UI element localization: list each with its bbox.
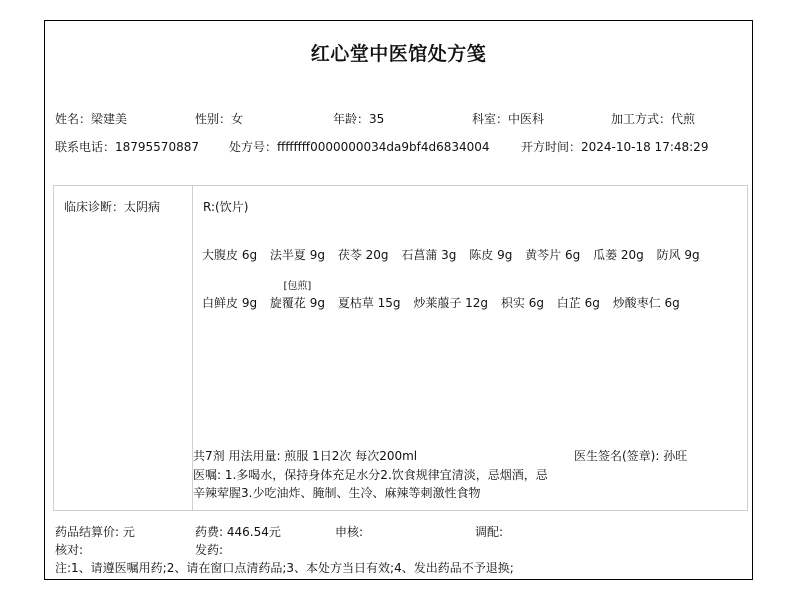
medical-advice-line-2: 辛辣荤腥3.少吃油炸、腌制、生冷、麻辣等刺激性食物 <box>193 484 480 501</box>
prescription-number: 处方号：ffffffff0000000034da9bf4d6834004 <box>229 138 490 155</box>
herb-item: 炒酸枣仁 6g <box>613 294 680 311</box>
herb-item: 枳实 6g <box>501 294 544 311</box>
issue-field: 发药: <box>195 541 223 558</box>
herb-item: 白芷 6g <box>557 294 600 311</box>
processing-method: 加工方式：代煎 <box>611 110 695 127</box>
prescription-box: 临床诊断：太阴病 R:(饮片) 大腹皮 6g 法半夏 9g 茯苓 20g 石菖蒲… <box>53 185 748 511</box>
review-field: 申核: <box>335 523 363 540</box>
drug-fee: 药费: 446.54元 <box>195 523 281 540</box>
herb-item: [包煎]旋覆花 9g <box>270 294 325 311</box>
herb-item: 黄芩片 6g <box>525 246 580 263</box>
herb-item: 法半夏 9g <box>270 246 325 263</box>
herb-item: 白鲜皮 9g <box>202 294 257 311</box>
page-title: 红心堂中医馆处方笺 <box>45 39 752 66</box>
rx-label: R:(饮片) <box>203 198 248 215</box>
herb-item: 陈皮 9g <box>469 246 512 263</box>
herb-item: 瓜蒌 20g <box>593 246 644 263</box>
herb-item: 炒莱菔子 12g <box>413 294 488 311</box>
doctor-signature: 医生签名(签章): 孙旺 <box>574 447 687 464</box>
clinical-diagnosis: 临床诊断：太阴病 <box>64 198 160 215</box>
settlement-price: 药品结算价: 元 <box>55 523 135 540</box>
patient-gender: 性别：女 <box>195 110 243 127</box>
patient-name: 姓名：梁建美 <box>55 110 127 127</box>
herb-item: 石菖蒲 3g <box>401 246 456 263</box>
herb-note: [包煎] <box>270 277 325 292</box>
patient-phone: 联系电话：18795570887 <box>55 138 199 155</box>
herb-row-1: 大腹皮 6g 法半夏 9g 茯苓 20g 石菖蒲 3g 陈皮 9g 黄芩片 6g… <box>202 246 709 263</box>
herb-item: 茯苓 20g <box>338 246 389 263</box>
usage-dosage: 共7剂 用法用量: 煎服 1日2次 每次200ml <box>193 447 417 464</box>
dispense-field: 调配: <box>475 523 503 540</box>
herb-item: 防风 9g <box>657 246 700 263</box>
footer-note: 注:1、请遵医嘱用药;2、请在窗口点清药品;3、本处方当日有效;4、发出药品不予… <box>55 559 514 576</box>
herb-item: 大腹皮 6g <box>202 246 257 263</box>
prescription-sheet: 红心堂中医馆处方笺 姓名：梁建美 性别：女 年龄：35 科室：中医科 加工方式：… <box>44 20 753 580</box>
check-field: 核对: <box>55 541 83 558</box>
prescription-time: 开方时间：2024-10-18 17:48:29 <box>521 138 708 155</box>
herb-row-2: 白鲜皮 9g [包煎]旋覆花 9g 夏枯草 15g 炒莱菔子 12g 枳实 6g… <box>202 294 689 311</box>
department: 科室：中医科 <box>472 110 544 127</box>
patient-age: 年龄：35 <box>333 110 384 127</box>
herb-item: 夏枯草 15g <box>338 294 401 311</box>
medical-advice-line-1: 医嘱: 1.多喝水，保持身体充足水分2.饮食规律宜清淡，忌烟酒，忌 <box>193 466 548 483</box>
